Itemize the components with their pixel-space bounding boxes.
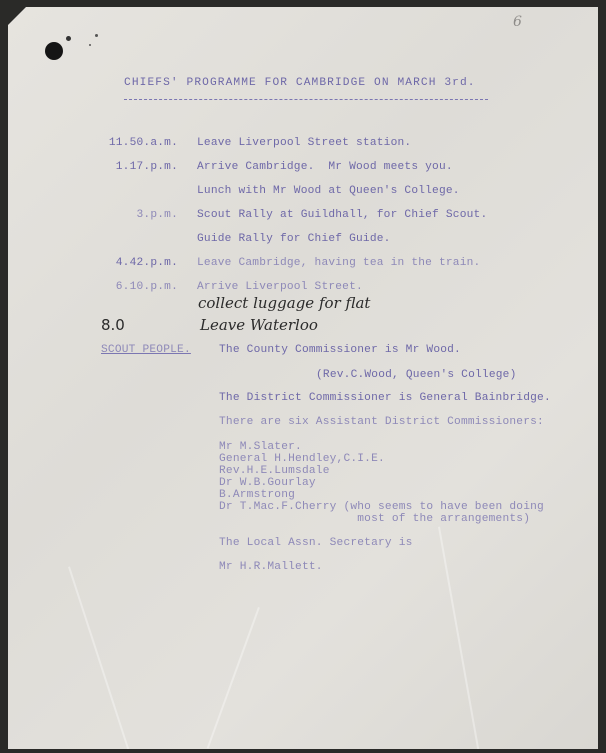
schedule-event: Scout Rally at Guildhall, for Chief Scou… bbox=[197, 209, 487, 221]
assistants-intro: There are six Assistant District Commiss… bbox=[219, 416, 544, 428]
assistant-name: Mr M.Slater. bbox=[219, 441, 302, 453]
paper-crease bbox=[68, 566, 132, 753]
schedule-event: Guide Rally for Chief Guide. bbox=[197, 233, 391, 245]
document-title: CHIEFS' PROGRAMME FOR CAMBRIDGE ON MARCH… bbox=[124, 77, 476, 89]
ink-speck bbox=[66, 36, 71, 41]
page-number: 6 bbox=[513, 14, 522, 30]
title-underline bbox=[124, 99, 488, 100]
handwritten-time: 8.0 bbox=[101, 316, 125, 334]
handwritten-note: Leave Waterloo bbox=[200, 316, 318, 334]
county-commissioner-detail: (Rev.C.Wood, Queen's College) bbox=[316, 369, 517, 381]
schedule-time: 3.p.m. bbox=[100, 209, 178, 221]
schedule-time: 6.10.p.m. bbox=[100, 281, 178, 293]
schedule-time: 4.42.p.m. bbox=[100, 257, 178, 269]
county-commissioner: The County Commissioner is Mr Wood. bbox=[219, 344, 461, 356]
handwritten-note: collect luggage for flat bbox=[198, 294, 370, 312]
assistant-name: Rev.H.E.Lumsdale bbox=[219, 465, 330, 477]
paper-crease bbox=[207, 607, 260, 749]
schedule-event: Leave Liverpool Street station. bbox=[197, 137, 411, 149]
assistant-name: B.Armstrong bbox=[219, 489, 295, 501]
schedule-time: 11.50.a.m. bbox=[100, 137, 178, 149]
schedule-event: Arrive Cambridge. Mr Wood meets you. bbox=[197, 161, 453, 173]
secretary-intro: The Local Assn. Secretary is bbox=[219, 537, 413, 549]
paper-crease bbox=[438, 527, 480, 753]
ink-speck bbox=[89, 44, 91, 46]
assistant-name: Dr W.B.Gourlay bbox=[219, 477, 316, 489]
schedule-event: Arrive Liverpool Street. bbox=[197, 281, 363, 293]
schedule-event: Lunch with Mr Wood at Queen's College. bbox=[197, 185, 460, 197]
schedule-event: Leave Cambridge, having tea in the train… bbox=[197, 257, 480, 269]
assistant-name-continued: most of the arrangements) bbox=[219, 513, 530, 525]
district-commissioner: The District Commissioner is General Bai… bbox=[219, 392, 551, 404]
ink-speck bbox=[95, 34, 98, 37]
schedule-time: 1.17.p.m. bbox=[100, 161, 178, 173]
assistant-name: General H.Hendley,C.I.E. bbox=[219, 453, 385, 465]
assistant-name: Dr T.Mac.F.Cherry (who seems to have bee… bbox=[219, 501, 544, 513]
section-heading: SCOUT PEOPLE. bbox=[101, 344, 191, 356]
secretary-name: Mr H.R.Mallett. bbox=[219, 561, 323, 573]
punch-hole bbox=[45, 42, 63, 60]
